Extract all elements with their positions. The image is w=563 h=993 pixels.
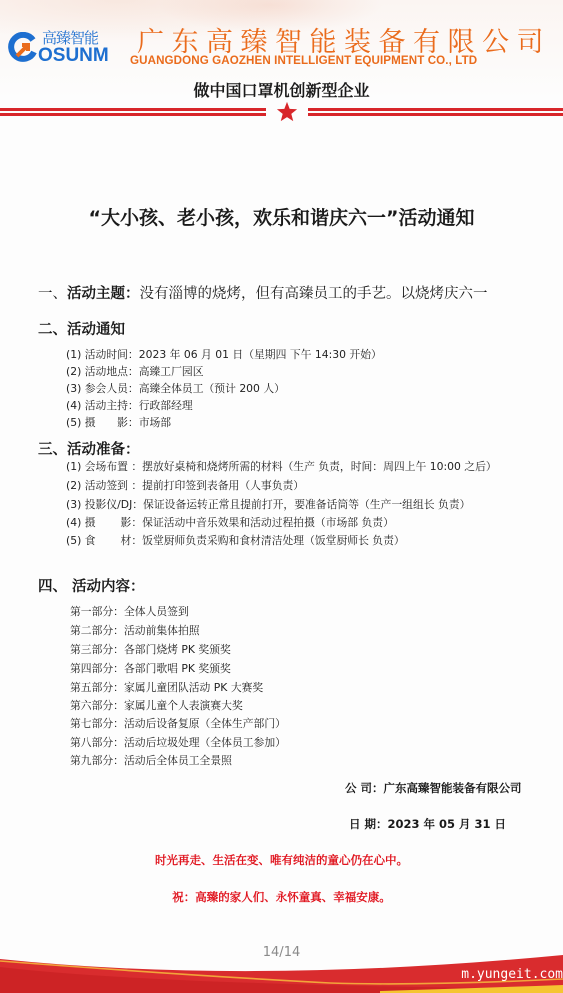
content-part: 第四部分：各部门歌唱 PK 奖颁奖 — [70, 661, 231, 676]
section-theme: 一、活动主题：没有淄博的烧烤，但有高臻员工的手艺。以烧烤庆六一 — [38, 282, 488, 303]
notice-title: “大小孩、老小孩，欢乐和谐庆六一”活动通知 — [0, 203, 563, 230]
logo-chinese-text: 高臻智能 — [42, 30, 98, 46]
signature-date: 日 期：2023 年 05 月 31 日 — [349, 816, 506, 832]
company-name-en: GUANGDONG GAOZHEN INTELLIGENT EQUIPMENT … — [130, 54, 477, 67]
section-theme-label: 活动主题： — [67, 286, 140, 302]
section-notice-heading: 二、活动通知 — [38, 318, 125, 339]
prep-item: (4) 摄 影：保证活动中音乐效果和活动过程拍摄（市场部 负责） — [66, 515, 394, 530]
content-part: 第二部分：活动前集体拍照 — [70, 623, 200, 638]
header-divider-left — [0, 108, 266, 116]
content-part: 第五部分：家属儿童团队活动 PK 大赛奖 — [70, 680, 263, 695]
closing-line-2: 祝：高臻的家人们、永怀童真、幸福安康。 — [0, 889, 563, 905]
company-slogan: 做中国口罩机创新型企业 — [0, 78, 563, 101]
prep-item: (3) 投影仪/DJ：保证设备运转正常且提前打开，要准备话筒等（生产一组组长 负… — [66, 497, 470, 512]
prep-item: (5) 食 材：饭堂厨师负责采购和食材清洁处理（饭堂厨师长 负责） — [66, 533, 405, 548]
content-part: 第八部分：活动后垃圾处理（全体员工参加） — [70, 735, 286, 750]
red-star-icon — [276, 101, 298, 123]
company-logo: 高臻智能 OSUNM — [8, 30, 126, 70]
logo-english-text: OSUNM — [38, 46, 109, 66]
notice-item: (4) 活动主持：行政部经理 — [66, 398, 193, 413]
section-content-heading: 四、 活动内容： — [38, 575, 145, 596]
document-page: 高臻智能 OSUNM 广东高臻智能装备有限公司 GUANGDONG GAOZHE… — [0, 0, 563, 993]
notice-item: (3) 参会人员：高臻全体员工（预计 200 人） — [66, 381, 285, 396]
notice-item: (1) 活动时间：2023 年 06 月 01 日（星期四 下午 14:30 开… — [66, 347, 382, 362]
content-part: 第七部分：活动后设备复原（全体生产部门） — [70, 716, 286, 731]
signature-company: 公 司：广东高臻智能装备有限公司 — [345, 780, 522, 796]
prep-item: (2) 活动签到 ：提前打印签到表备用（人事负责） — [66, 478, 304, 493]
section-theme-text: 没有淄博的烧烤，但有高臻员工的手艺。以烧烤庆六一 — [140, 286, 488, 302]
section-theme-prefix: 一、 — [38, 286, 67, 302]
logo-g-arrow-icon — [8, 32, 38, 62]
notice-item: (2) 活动地点：高臻工厂园区 — [66, 364, 204, 379]
site-watermark: m.yungeit.com — [461, 967, 563, 982]
content-part: 第六部分：家属儿童个人表演赛大奖 — [70, 698, 243, 713]
closing-line-1: 时光再走、生活在变、唯有纯洁的童心仍在心中。 — [0, 852, 563, 868]
prep-item: (1) 会场布置 ：摆放好桌椅和烧烤所需的材料（生产 负责，时间：周四上午 10… — [66, 459, 497, 474]
content-part: 第九部分：活动后全体员工全景照 — [70, 753, 232, 768]
content-part: 第三部分：各部门烧烤 PK 奖颁奖 — [70, 642, 231, 657]
notice-item: (5) 摄 影：市场部 — [66, 415, 171, 430]
content-part: 第一部分：全体人员签到 — [70, 604, 189, 619]
section-prep-heading: 三、活动准备： — [38, 438, 140, 459]
header-divider-right — [308, 108, 563, 116]
